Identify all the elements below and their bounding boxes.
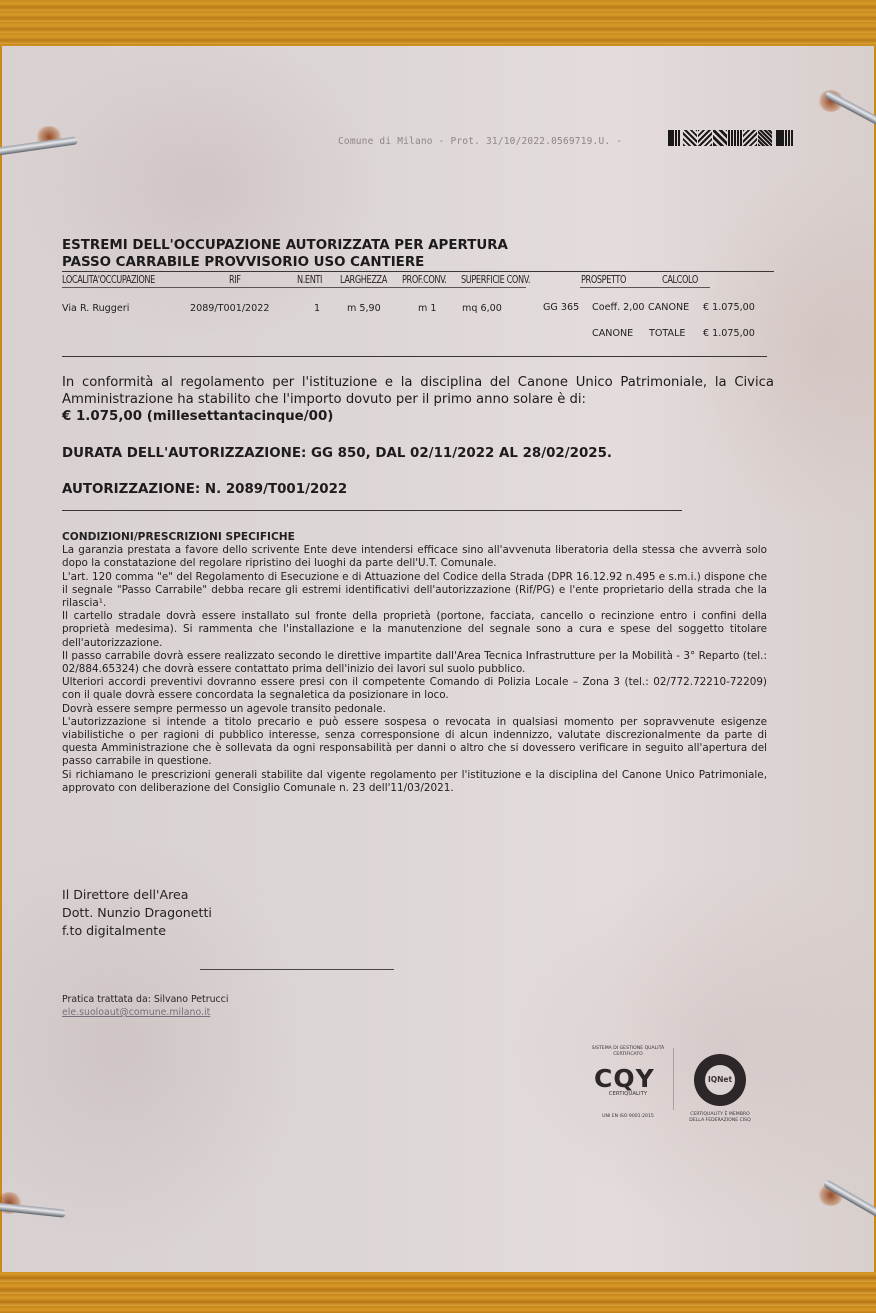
- authorization-number: AUTORIZZAZIONE: N. 2089/T001/2022: [62, 482, 347, 497]
- signer-role: Il Direttore dell'Area: [62, 886, 212, 904]
- iqnet-seal-icon: IQNet: [694, 1054, 746, 1106]
- body-rule: [62, 510, 682, 511]
- protocol-stamp: Comune di Milano - Prot. 31/10/2022.0569…: [338, 136, 622, 147]
- signer-name: Dott. Nunzio Dragonetti: [62, 904, 212, 922]
- total-value: € 1.075,00: [703, 328, 755, 339]
- cell-rif: 2089/T001/2022: [190, 303, 269, 314]
- cqy-logo-icon: CQY: [594, 1064, 655, 1093]
- col-superficie: SUPERFICIE CONV.: [461, 273, 530, 286]
- signature-block: Il Direttore dell'Area Dott. Nunzio Drag…: [62, 886, 212, 940]
- pratica-block: Pratica trattata da: Silvano Petrucci el…: [62, 993, 228, 1019]
- col-n-enti: N.ENTI: [297, 273, 322, 286]
- cell-prof-conv: m 1: [418, 303, 437, 314]
- iqnet-seal-text: IQNet: [705, 1065, 735, 1095]
- cert-member-text: CERTIQUALITY È MEMBRO DELLA FEDERAZIONE …: [688, 1112, 752, 1123]
- certification-logos: SISTEMA DI GESTIONE QUALITÀ CERTIFICATO …: [588, 1046, 764, 1141]
- condition-paragraph: Il cartello stradale dovrà essere instal…: [62, 610, 767, 650]
- col-prof-conv: PROF.CONV.: [402, 273, 447, 286]
- cert-standard: UNI EN ISO 9001:2015: [588, 1114, 668, 1120]
- conditions-heading: CONDIZIONI/PRESCRIZIONI SPECIFICHE: [62, 531, 767, 544]
- pratica-handler: Pratica trattata da: Silvano Petrucci: [62, 993, 228, 1006]
- document-title: ESTREMI DELL'OCCUPAZIONE AUTORIZZATA PER…: [62, 237, 508, 271]
- cert-logo-sub: CERTIQUALITY: [588, 1092, 668, 1098]
- condition-paragraph: La garanzia prestata a favore dello scri…: [62, 544, 767, 570]
- col-prospetto: PROSPETTO: [581, 273, 626, 286]
- total-label-canone: CANONE: [592, 328, 633, 339]
- condition-paragraph: Ulteriori accordi preventivi dovranno es…: [62, 676, 767, 702]
- col-rif: RIF: [229, 273, 241, 286]
- col-calcolo: CALCOLO: [662, 273, 698, 286]
- cert-separator: [673, 1048, 674, 1110]
- cell-calcolo-value: € 1.075,00: [703, 302, 755, 313]
- title-line-1: ESTREMI DELL'OCCUPAZIONE AUTORIZZATA PER…: [62, 237, 508, 254]
- intro-paragraph: In conformità al regolamento per l'istit…: [62, 374, 774, 408]
- cell-localita: Via R. Ruggeri: [62, 303, 129, 314]
- condition-paragraph: Dovrà essere sempre permesso un agevole …: [62, 703, 767, 716]
- col-larghezza: LARGHEZZA: [340, 273, 387, 286]
- conditions-section: CONDIZIONI/PRESCRIZIONI SPECIFICHE La ga…: [62, 531, 767, 795]
- wooden-board-top: [0, 0, 876, 46]
- contact-email-link[interactable]: ele.suoloaut@comune.milano.it: [62, 1006, 228, 1019]
- wooden-board-bottom: [0, 1270, 876, 1313]
- condition-paragraph: L'art. 120 comma "e" del Regolamento di …: [62, 571, 767, 611]
- cell-superficie: mq 6,00: [462, 303, 502, 314]
- condition-paragraph: Il passo carrabile dovrà essere realizza…: [62, 650, 767, 676]
- amount-due: € 1.075,00 (millesettantacinque/00): [62, 409, 333, 424]
- table-bottom-rule: [62, 356, 767, 357]
- cell-coeff: Coeff. 2,00: [592, 302, 645, 313]
- header-underline: [580, 287, 710, 288]
- header-underline: [62, 287, 526, 288]
- barcode-icon: [668, 130, 812, 146]
- signature-note: f.to digitalmente: [62, 922, 212, 940]
- col-localita: LOCALITA'OCCUPAZIONE: [62, 273, 155, 286]
- cert-top-text: SISTEMA DI GESTIONE QUALITÀ CERTIFICATO: [588, 1046, 668, 1057]
- title-line-2: PASSO CARRABILE PROVVISORIO USO CANTIERE: [62, 254, 508, 271]
- authorization-duration: DURATA DELL'AUTORIZZAZIONE: GG 850, DAL …: [62, 446, 612, 461]
- total-label-totale: TOTALE: [649, 328, 686, 339]
- signature-line: [200, 969, 394, 970]
- cell-prospetto: GG 365: [543, 302, 579, 313]
- cell-larghezza: m 5,90: [347, 303, 381, 314]
- condition-paragraph: L'autorizzazione si intende a titolo pre…: [62, 716, 767, 769]
- condition-paragraph: Si richiamano le prescrizioni generali s…: [62, 769, 767, 795]
- cell-calcolo-label: CANONE: [648, 302, 689, 313]
- cell-n-enti: 1: [314, 303, 320, 314]
